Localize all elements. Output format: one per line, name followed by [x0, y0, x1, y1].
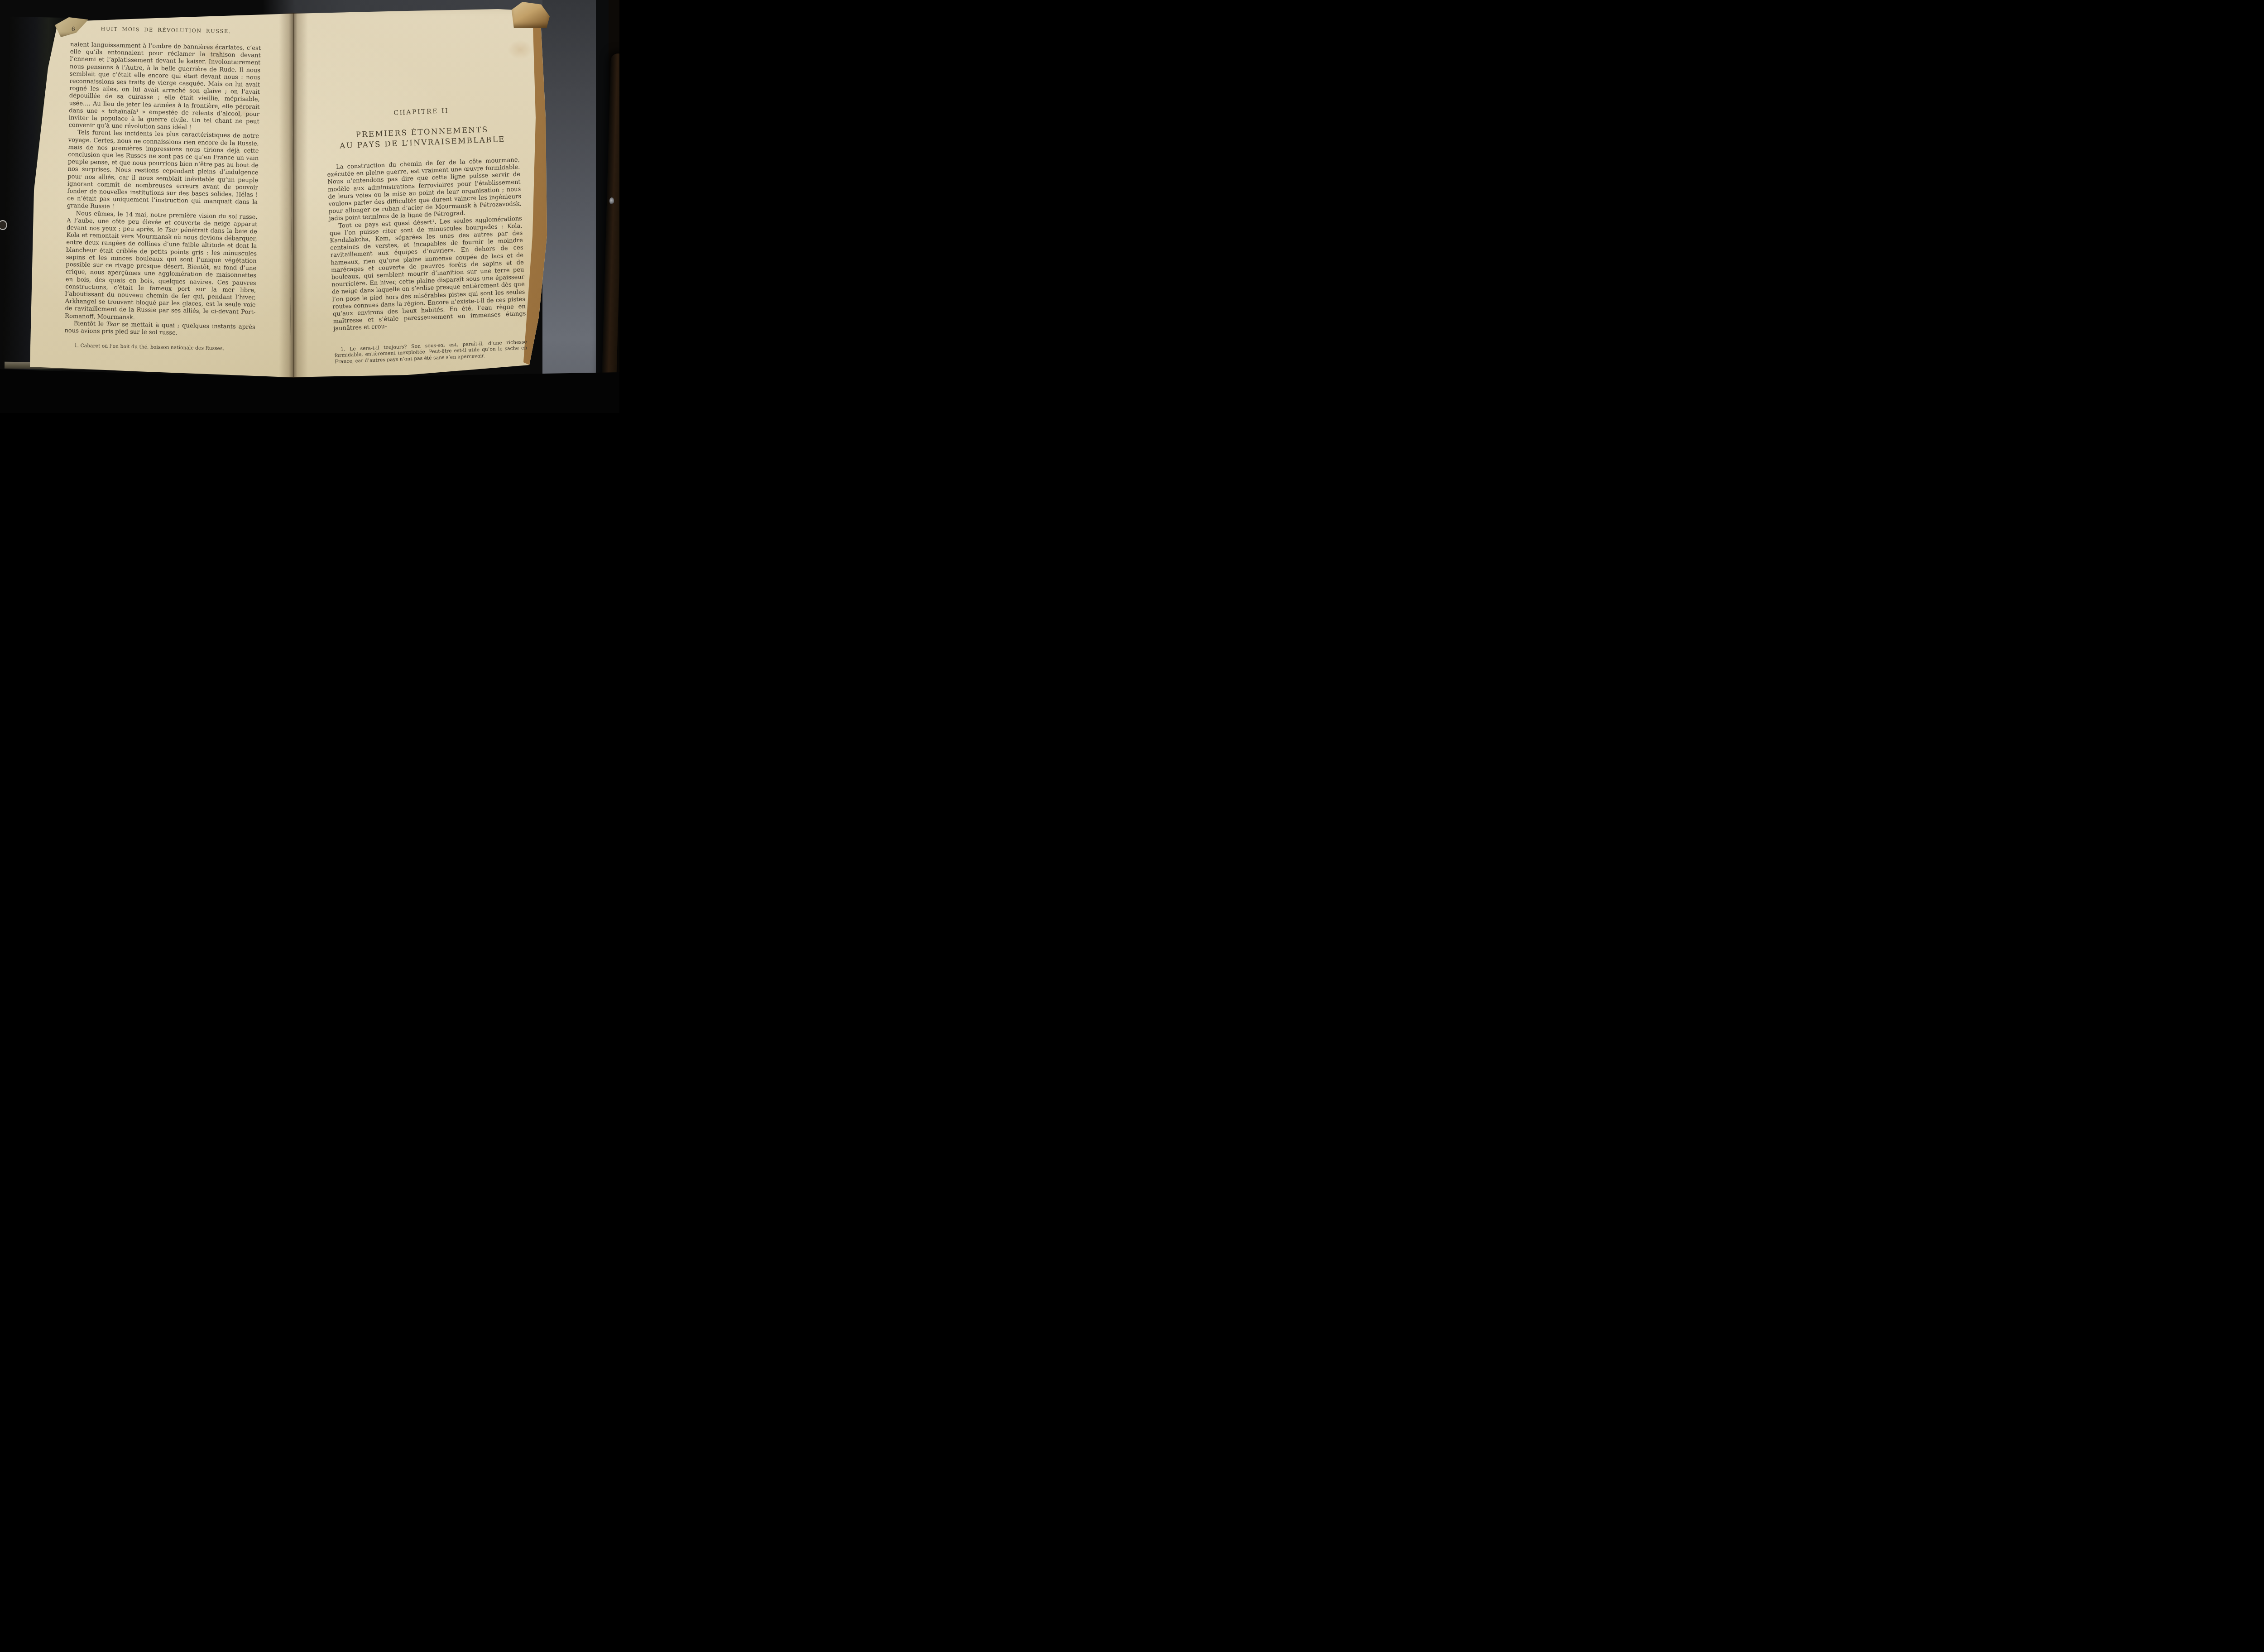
paragraph: naient languissamment à l’ombre de banni…: [68, 41, 261, 133]
right-footnote: 1. Le sera-t-il toujours? Son sous-sol e…: [334, 339, 528, 365]
left-body-text: naient languissamment à l’ombre de banni…: [64, 41, 261, 338]
chapter-label: CHAPITRE II: [325, 105, 518, 120]
left-page-text: 6 HUIT MOIS DE RÉVOLUTION RUSSE. naient …: [64, 25, 261, 357]
paragraph: La construction du chemin de fer de la c…: [327, 157, 522, 223]
table-edge-band: [542, 0, 597, 413]
page-number: 6: [72, 25, 75, 32]
paragraph: Tout ce pays est quasi désert¹. Les seul…: [329, 215, 526, 333]
right-body-text: La construction du chemin de fer de la c…: [327, 157, 527, 333]
left-footnote: 1. Cabaret où l’on boit du thé, boisson …: [64, 342, 255, 352]
paragraph: Nous eûmes, le 14 mai, notre première vi…: [65, 210, 258, 324]
book-photo-scene: 6 HUIT MOIS DE RÉVOLUTION RUSSE. naient …: [0, 0, 619, 413]
cord-metal-glint: [609, 197, 614, 205]
paragraph: Tels furent les incidents les plus carac…: [67, 129, 259, 214]
right-footnote-area: 1. Le sera-t-il toujours? Son sous-sol e…: [334, 339, 528, 365]
right-page-text: CHAPITRE II PREMIERS ÉTONNEMENTSAU PAYS …: [321, 1, 528, 370]
chapter-title: PREMIERS ÉTONNEMENTSAU PAYS DE L’INVRAIS…: [326, 123, 519, 151]
